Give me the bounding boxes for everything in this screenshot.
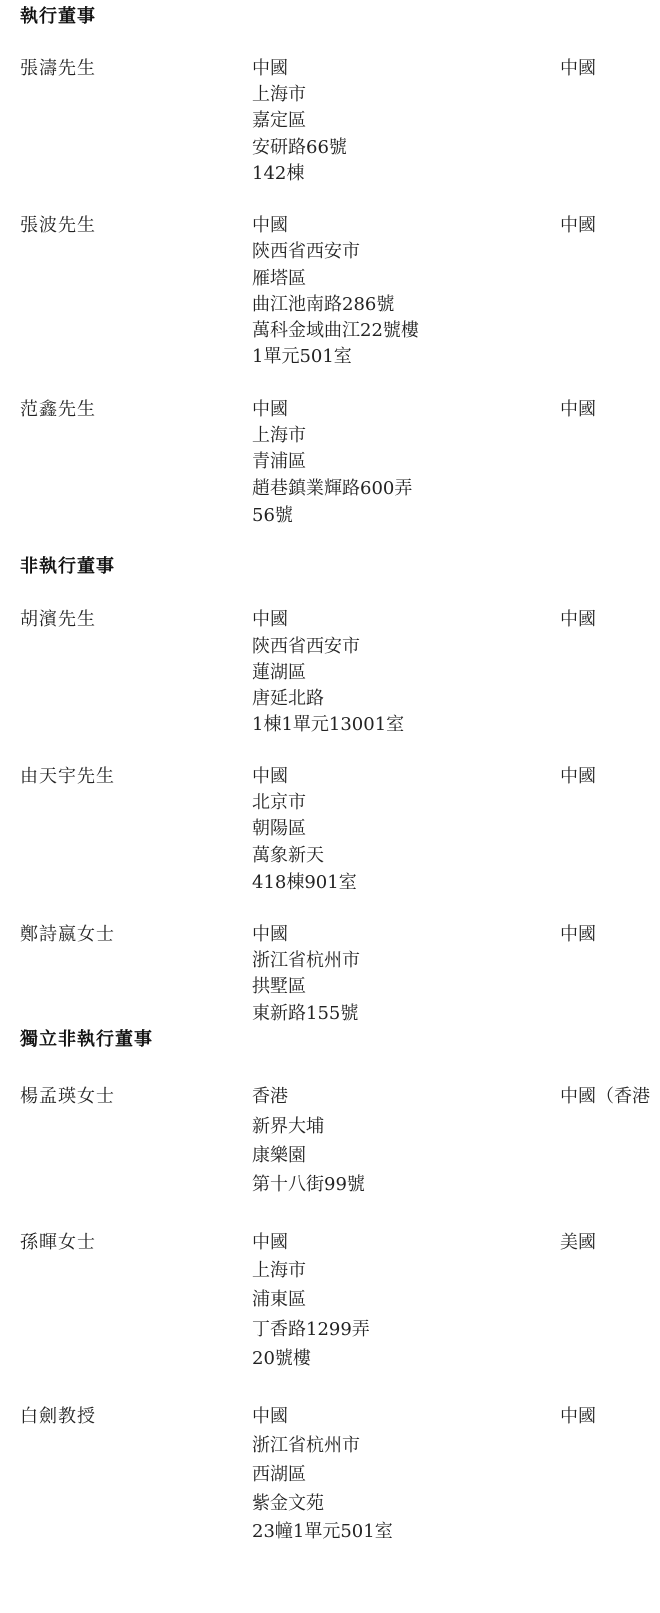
address-line: 拱墅區	[252, 976, 306, 998]
address-line: 上海市	[252, 1260, 306, 1282]
address-line: 新界大埔	[252, 1116, 324, 1138]
address-line: 1單元501室	[252, 346, 352, 368]
address-line: 香港	[252, 1086, 288, 1108]
section-heading: 獨立非執行董事	[20, 1029, 153, 1051]
address-line: 中國	[252, 215, 288, 237]
director-nationality: 中國	[560, 609, 596, 631]
address-line: 青浦區	[252, 451, 306, 473]
address-line: 趙巷鎮業輝路600弄	[252, 478, 412, 500]
director-nationality: 中國	[560, 1406, 596, 1428]
address-line: 東新路155號	[252, 1003, 358, 1025]
address-line: 康樂園	[252, 1145, 306, 1167]
director-nationality: 中國	[560, 58, 596, 80]
address-line: 中國	[252, 1406, 288, 1428]
address-line: 朝陽區	[252, 818, 306, 840]
director-nationality: 中國（香港	[560, 1086, 650, 1108]
address-line: 中國	[252, 399, 288, 421]
director-name: 范鑫先生	[20, 399, 96, 421]
address-line: 浙江省杭州市	[252, 1435, 360, 1457]
address-line: 中國	[252, 766, 288, 788]
address-line: 浦東區	[252, 1289, 306, 1311]
section-heading: 非執行董事	[20, 556, 115, 578]
address-line: 浙江省杭州市	[252, 950, 360, 972]
director-name: 孫暉女士	[20, 1232, 96, 1254]
address-line: 西湖區	[252, 1464, 306, 1486]
director-nationality: 美國	[560, 1232, 596, 1254]
director-nationality: 中國	[560, 924, 596, 946]
address-line: 20號樓	[252, 1348, 311, 1370]
address-line: 418棟901室	[252, 872, 357, 894]
address-line: 23幢1單元501室	[252, 1521, 393, 1543]
address-line: 中國	[252, 609, 288, 631]
director-name: 胡濱先生	[20, 609, 96, 631]
director-name: 楊孟瑛女士	[20, 1086, 115, 1108]
address-line: 蓮湖區	[252, 662, 306, 684]
address-line: 北京市	[252, 792, 306, 814]
address-line: 萬科金域曲江22號樓	[252, 320, 419, 342]
address-line: 第十八街99號	[252, 1174, 365, 1196]
director-name: 張波先生	[20, 215, 96, 237]
address-line: 1棟1單元13001室	[252, 714, 404, 736]
address-line: 萬象新天	[252, 845, 324, 867]
section-heading: 執行董事	[20, 6, 96, 28]
director-nationality: 中國	[560, 766, 596, 788]
address-line: 陝西省西安市	[252, 636, 360, 658]
director-nationality: 中國	[560, 399, 596, 421]
director-name: 白劍教授	[20, 1406, 96, 1428]
address-line: 雁塔區	[252, 268, 306, 290]
director-name: 張濤先生	[20, 58, 96, 80]
director-name: 由天宇先生	[20, 766, 115, 788]
address-line: 曲江池南路286號	[252, 294, 394, 316]
director-name: 鄭詩嬴女士	[20, 924, 115, 946]
address-line: 陝西省西安市	[252, 241, 360, 263]
address-line: 上海市	[252, 84, 306, 106]
address-line: 上海市	[252, 425, 306, 447]
address-line: 56號	[252, 505, 293, 527]
address-line: 丁香路1299弄	[252, 1319, 370, 1341]
address-line: 紫金文苑	[252, 1493, 324, 1515]
address-line: 中國	[252, 924, 288, 946]
address-line: 唐延北路	[252, 688, 324, 710]
address-line: 中國	[252, 58, 288, 80]
address-line: 安研路66號	[252, 137, 347, 159]
director-nationality: 中國	[560, 215, 596, 237]
address-line: 中國	[252, 1232, 288, 1254]
address-line: 142棟	[252, 163, 304, 185]
address-line: 嘉定區	[252, 110, 306, 132]
